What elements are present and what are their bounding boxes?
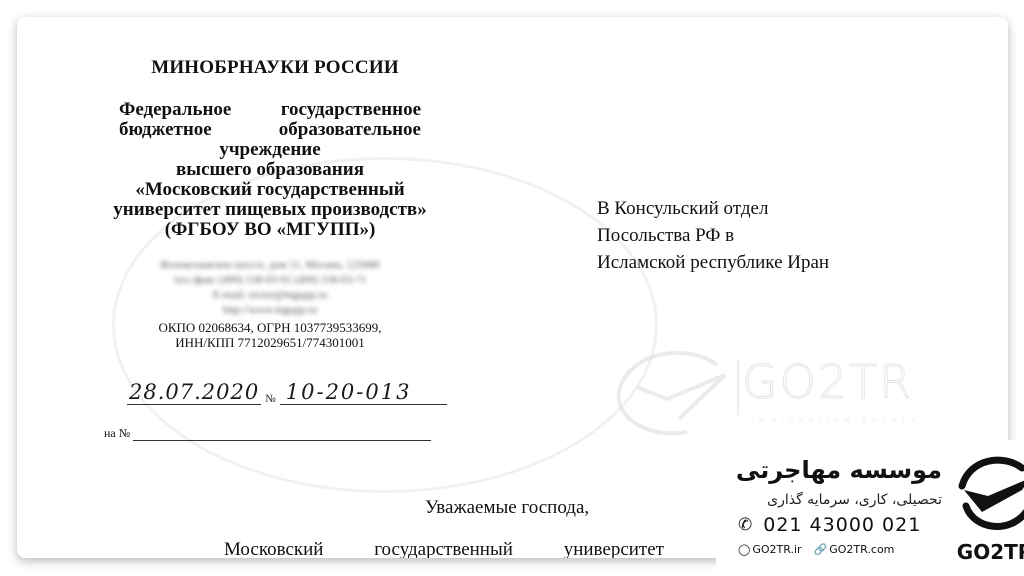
org-line: учреждение [100, 140, 440, 160]
link-icon: 🔗 [814, 543, 828, 556]
registration-codes: ОКПО 02068634, ОГРН 1037739533699, ИНН/К… [100, 320, 440, 350]
org-line: высшего образования [100, 160, 440, 180]
phone-number[interactable]: ✆ 021 43000 021 [738, 514, 921, 536]
addressee: В Консульский отдел Посольства РФ в Исла… [597, 195, 829, 276]
contact-links: ◯GO2TR.ir 🔗GO2TR.com [738, 543, 894, 556]
greeting: Уважаемые господа, [425, 497, 589, 519]
redacted-contact-info: Волоколамское шоссе, дом 11, Москва, 125… [100, 258, 440, 318]
ministry-title: МИНОБРНАУКИ РОССИИ [110, 56, 440, 80]
go2tr-banner: موسسه مهاجرتی تحصیلی، کاری، سرمایه گذاری… [716, 440, 1024, 576]
instagram-icon: ◯ [738, 543, 750, 556]
number-sign: № [265, 393, 276, 405]
handwritten-date: 28.07.2020 [127, 380, 261, 405]
letter-date-number: 28.07.2020 № 10-20-013 [127, 380, 447, 405]
reference-number-line: на № [104, 426, 431, 441]
phone-icon: ✆ [738, 515, 753, 535]
go2tr-logo: GO2TR [952, 456, 1024, 566]
plane-logo-icon [952, 456, 1024, 536]
handwritten-number: 10-20-013 [280, 380, 447, 405]
plane-logo-watermark-icon [607, 347, 737, 437]
org-line: университет пищевых производств» [100, 200, 440, 220]
body-text: Московский государственный университет [224, 539, 664, 558]
logo-text: GO2TR [952, 540, 1024, 564]
org-line: бюджетноеобразовательное [119, 120, 421, 140]
instagram-link[interactable]: ◯GO2TR.ir [738, 543, 802, 556]
letterhead: МИНОБРНАУКИ РОССИИ Федеральноегосударств… [100, 56, 440, 350]
agency-subtitle: تحصیلی، کاری، سرمایه گذاری [767, 492, 942, 508]
org-line: (ФГБОУ ВО «МГУПП») [100, 220, 440, 240]
website-link[interactable]: 🔗GO2TR.com [814, 543, 895, 556]
organization-name: Федеральноегосударственное бюджетноеобра… [100, 100, 440, 240]
org-line: Федеральноегосударственное [119, 100, 421, 120]
org-line: «Московский государственный [100, 180, 440, 200]
agency-title: موسسه مهاجرتی [736, 456, 942, 484]
go2tr-watermark: GO2TR IMMIGRATION AGENCY [607, 347, 947, 437]
